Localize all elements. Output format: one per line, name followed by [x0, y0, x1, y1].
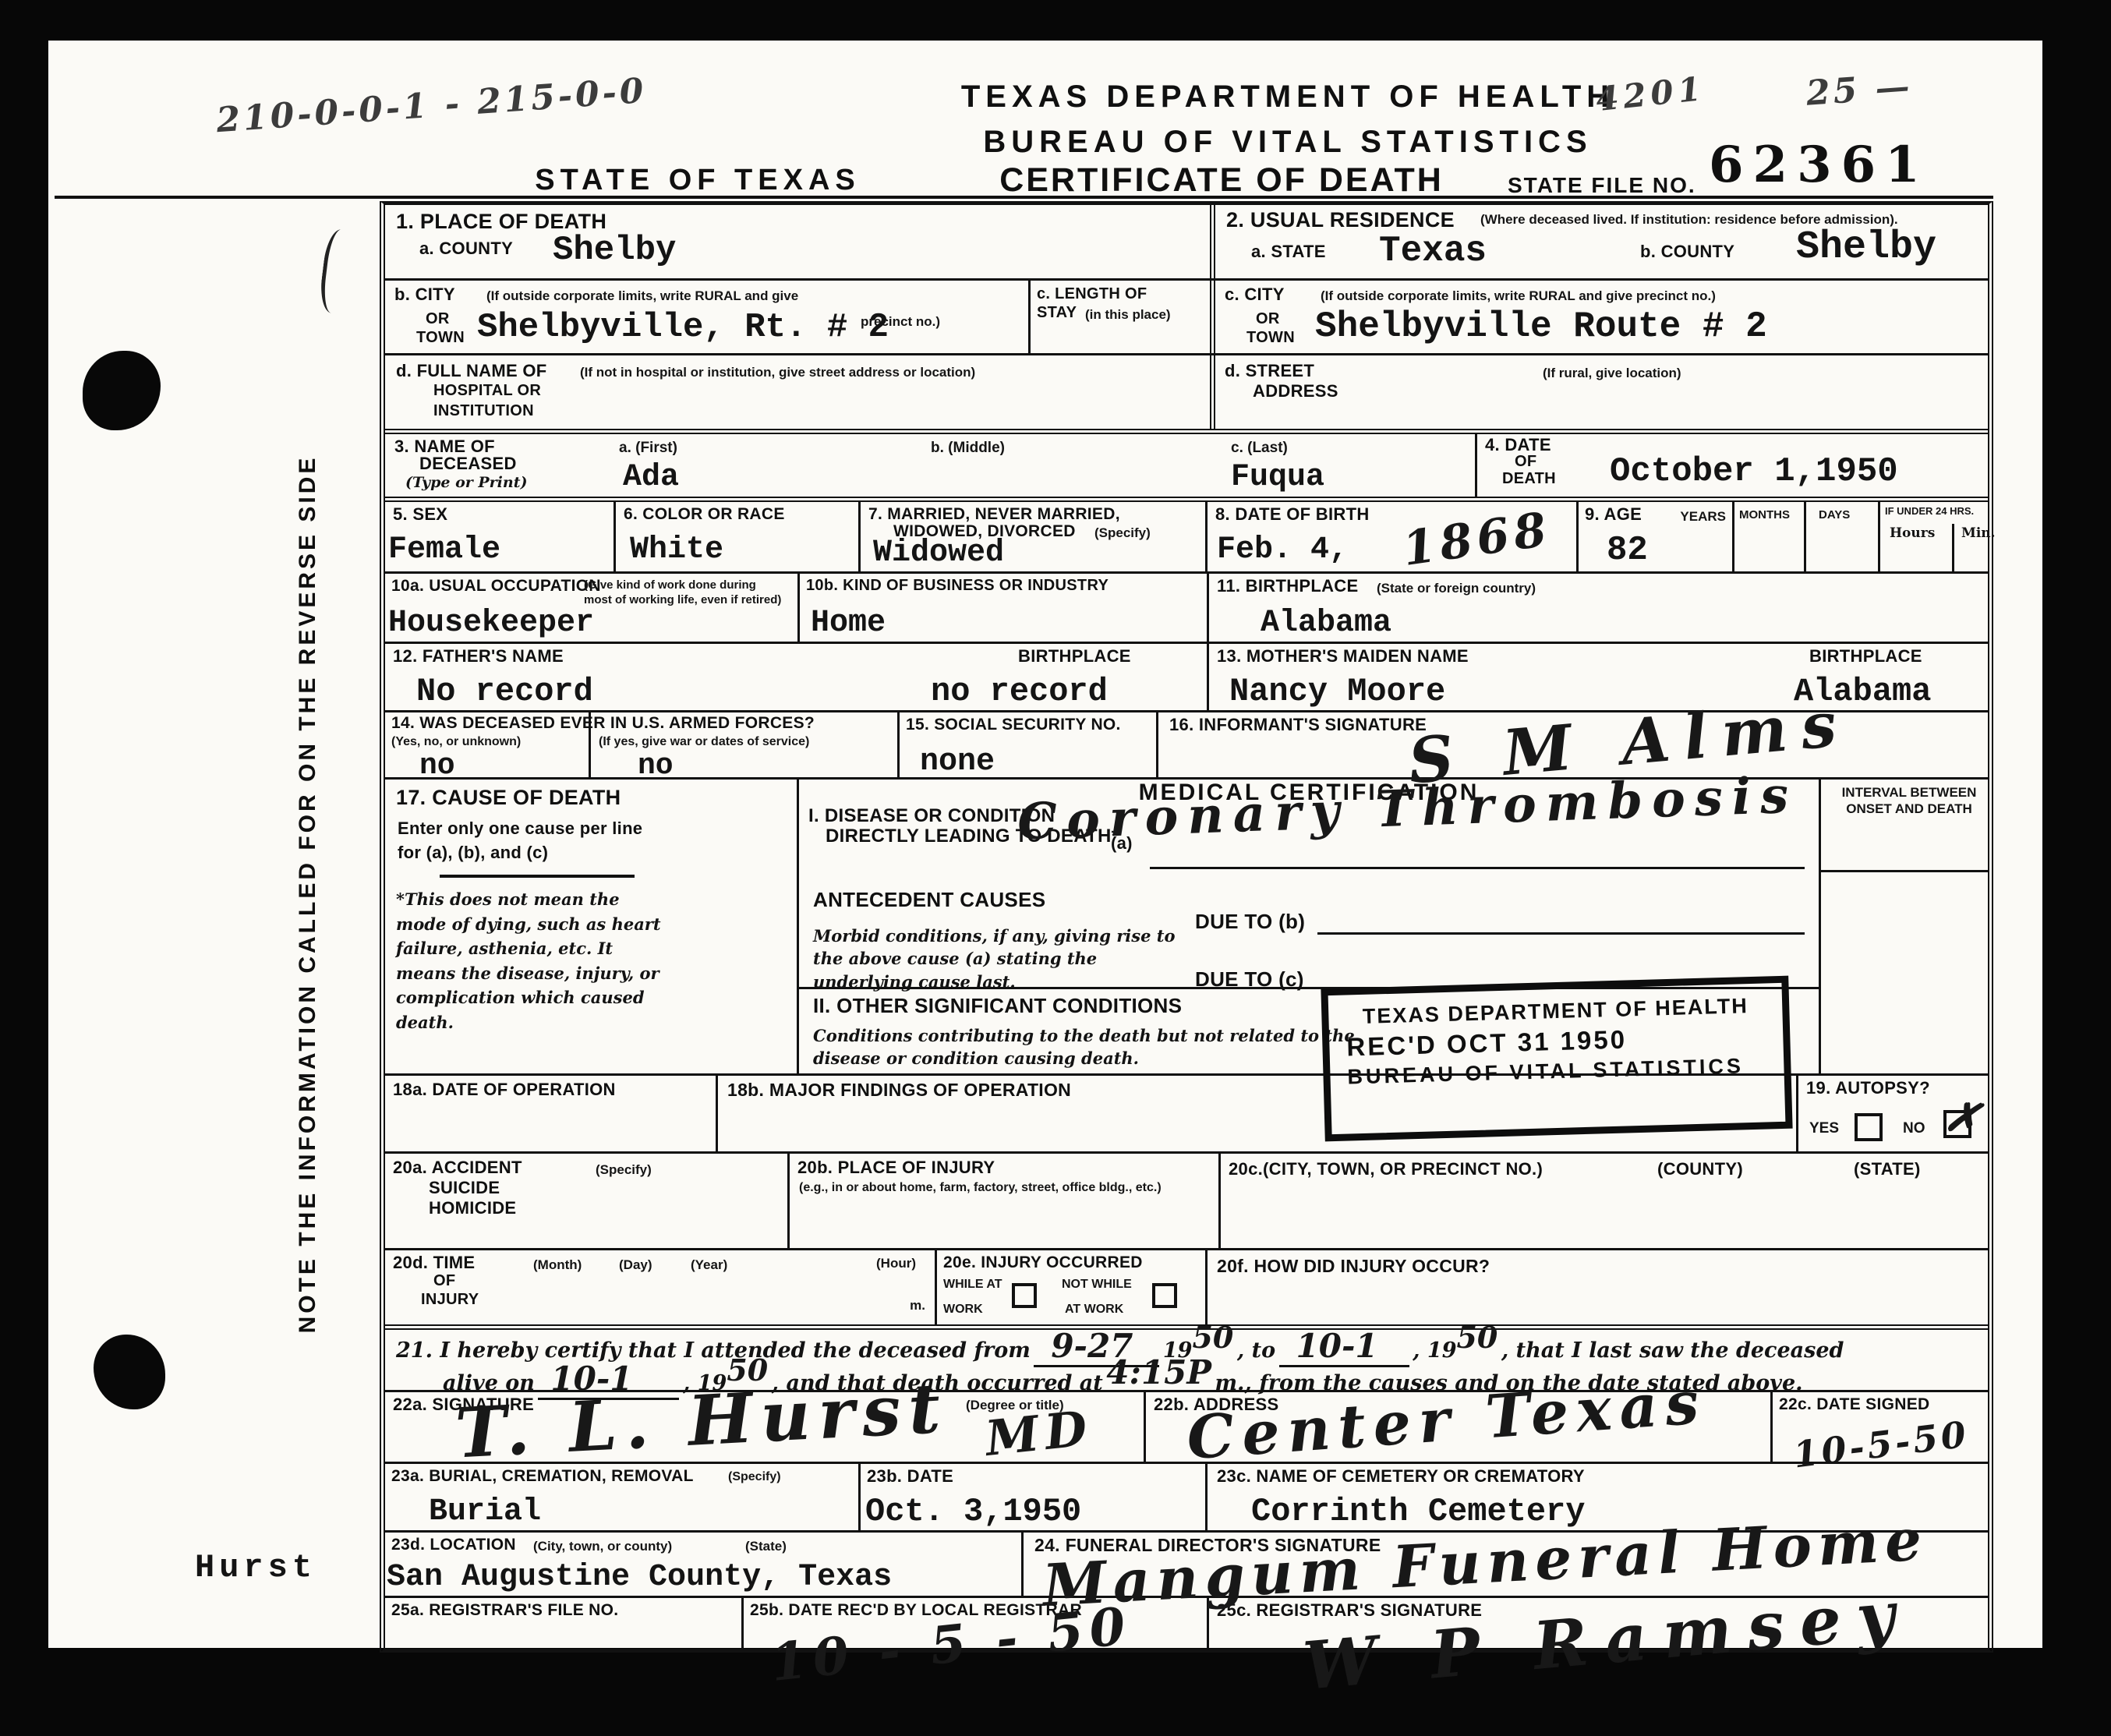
marital-note: (Specify): [1094, 525, 1151, 541]
while-at-work-label1: WHILE AT: [943, 1277, 1002, 1292]
injury-county-label: (COUNTY): [1657, 1160, 1743, 1179]
cemetery-label: 23c. NAME OF CEMETERY OR CREMATORY: [1217, 1467, 1585, 1487]
field-age: 9. AGE YEARS 82: [1576, 502, 1732, 571]
birthplace-note: (State or foreign country): [1377, 580, 1536, 596]
field-age-under24: IF UNDER 24 HRS. Hours Min.: [1878, 502, 1988, 571]
how-injury-label: 20f. HOW DID INJURY OCCUR?: [1217, 1257, 1490, 1277]
other-conditions-note: Conditions contributing to the death but…: [813, 1024, 1374, 1070]
field-autopsy: 19. AUTOPSY? YES NO ✗: [1796, 1076, 1988, 1151]
mother-label: 13. MOTHER'S MAIDEN NAME: [1217, 647, 1469, 666]
street-note: (If rural, give location): [1543, 365, 1681, 381]
hospital-label: d. FULL NAME OF: [396, 362, 547, 381]
cause-label: 17. CAUSE OF DEATH: [396, 786, 621, 809]
autopsy-yes-checkbox: [1855, 1113, 1883, 1141]
state-label: a. STATE: [1251, 242, 1326, 262]
dob-label: 8. DATE OF BIRTH: [1215, 505, 1370, 525]
field-name-of-deceased: 3. NAME OF DECEASED (Type or Print) a. (…: [385, 434, 1475, 497]
field-date-of-birth: 8. DATE OF BIRTH Feb. 4, 1868: [1205, 502, 1576, 571]
cause-divider: [440, 875, 635, 878]
dob-written: 1868: [1400, 506, 1554, 573]
field-birthplace: 11. BIRTHPLACE (State or foreign country…: [1207, 574, 1988, 642]
certify-t1: 21. I hereby certify that I attended the…: [396, 1338, 1031, 1363]
certify-t5: , that I last saw the deceased: [1501, 1338, 1844, 1363]
cause-note1: Enter only one cause per line for (a), (…: [398, 817, 663, 865]
while-at-work-label2: WORK: [943, 1302, 983, 1317]
injury-m-label: m.: [910, 1297, 925, 1313]
residence-county-value: Shelby: [1796, 228, 1936, 267]
cause-note2: *This does not mean the mode of dying, s…: [396, 887, 669, 1034]
not-while-label1: NOT WHILE: [1062, 1277, 1132, 1292]
time-of-injury-label2: OF: [433, 1272, 455, 1289]
time-of-injury-label1: 20d. TIME: [393, 1253, 475, 1273]
state-value: Texas: [1379, 233, 1487, 269]
field-industry: 10b. KIND OF BUSINESS OR INDUSTRY Home: [797, 574, 1207, 642]
age-days-header: DAYS: [1819, 508, 1850, 523]
hospital-label2: HOSPITAL OR: [433, 382, 541, 399]
marital-label1: 7. MARRIED, NEVER MARRIED,: [868, 505, 1120, 524]
field-date-of-operation: 18a. DATE OF OPERATION: [385, 1076, 716, 1151]
location-value: San Augustine County, Texas: [387, 1562, 892, 1593]
age-under24-divider: [1952, 524, 1954, 571]
certify-v7: 4:15P: [1106, 1353, 1211, 1391]
mother-birthplace-header: BIRTHPLACE: [1809, 647, 1922, 666]
dod-label: 4. DATE: [1485, 436, 1551, 455]
certify-v2: 50: [1192, 1320, 1233, 1355]
age-min-header: Min.: [1961, 524, 1996, 544]
age-under24-header: IF UNDER 24 HRS.: [1885, 505, 1974, 518]
birthplace-value: Alabama: [1261, 608, 1391, 639]
residence-city-label: c. CITY: [1225, 285, 1285, 305]
death-city-note-a: (If outside corporate limits, write RURA…: [486, 288, 798, 304]
not-while-label2: AT WORK: [1065, 1302, 1123, 1317]
hospital-label3: INSTITUTION: [433, 402, 534, 419]
certify-t3: , to: [1237, 1338, 1275, 1363]
death-city-or: OR: [426, 310, 450, 327]
place-of-death-label: 1. PLACE OF DEATH: [396, 210, 606, 233]
field-usual-residence: 2. USUAL RESIDENCE (Where deceased lived…: [1210, 205, 1988, 278]
field-burial: 23a. BURIAL, CREMATION, REMOVAL (Specify…: [385, 1464, 858, 1530]
injury-occurred-label: 20e. INJURY OCCURRED: [943, 1253, 1143, 1272]
occupation-value: Housekeeper: [388, 608, 594, 639]
form-row: 3. NAME OF DECEASED (Type or Print) a. (…: [385, 429, 1988, 497]
father-name-value: No record: [416, 675, 593, 708]
length-of-stay-label2: STAY: [1037, 304, 1077, 321]
file-no-value: 62361: [1709, 136, 1929, 194]
cemetery-value: Corrinth Cemetery: [1251, 1495, 1585, 1528]
certificate-title: CERTIFICATE OF DEATH: [964, 161, 1479, 199]
hospital-note: (If not in hospital or institution, give…: [580, 364, 975, 380]
interval-label: INTERVAL BETWEEN ONSET AND DEATH: [1827, 784, 1991, 818]
dod-label2: OF: [1515, 453, 1536, 470]
field-mother: 13. MOTHER'S MAIDEN NAME BIRTHPLACE Nanc…: [1207, 644, 1988, 710]
field-certification-statement: 21. I hereby certify that I attended the…: [385, 1330, 1988, 1390]
age-years-header: YEARS: [1680, 508, 1726, 525]
other-conditions-label: II. OTHER SIGNIFICANT CONDITIONS: [813, 995, 1182, 1017]
county-label: a. COUNTY: [419, 239, 513, 259]
field-injury-location: 20c.(CITY, TOWN, OR PRECINCT NO.) (COUNT…: [1218, 1154, 1988, 1248]
field-age-months: MONTHS: [1732, 502, 1804, 571]
form-row: 14. WAS DECEASED EVER IN U.S. ARMED FORC…: [385, 710, 1988, 777]
death-city-value: Shelbyville, Rt. # 2: [477, 310, 889, 345]
field-death-city: b. CITY (If outside corporate limits, wr…: [385, 281, 1028, 353]
field-date-of-death: 4. DATE OF DEATH October 1,1950: [1475, 434, 1988, 497]
autopsy-no-mark: ✗: [1942, 1094, 1982, 1140]
not-while-checkbox: [1152, 1283, 1177, 1308]
field-physician-signature: 22a. SIGNATURE T. L. Hurst (Degree or ti…: [385, 1392, 1144, 1462]
form-row: 22a. SIGNATURE T. L. Hurst (Degree or ti…: [385, 1390, 1988, 1462]
field-informant: 16. INFORMANT'S SIGNATURE S M Alms: [1156, 712, 1988, 777]
autopsy-yes-label: YES: [1809, 1119, 1839, 1138]
field-father: 12. FATHER'S NAME BIRTHPLACE No record n…: [385, 644, 1207, 710]
field-injury-occurred: 20e. INJURY OCCURRED WHILE AT WORK NOT W…: [935, 1250, 1205, 1324]
burial-date-label: 23b. DATE: [867, 1467, 953, 1487]
autopsy-no-label: NO: [1903, 1119, 1925, 1138]
injury-day-header: (Day): [619, 1257, 652, 1273]
bureau-title: BUREAU OF VITAL STATISTICS: [832, 125, 1744, 160]
armed-forces-note1: (Yes, no, or unknown): [391, 734, 521, 750]
reverse-side-note: NOTE THE INFORMATION CALLED FOR ON THE R…: [296, 387, 320, 1401]
injury-hour-header: (Hour): [876, 1255, 916, 1271]
usual-residence-label: 2. USUAL RESIDENCE: [1226, 208, 1455, 232]
accident-label3: HOMICIDE: [429, 1199, 516, 1218]
pencil-code: 210-0-0-1 - 215-0-0: [215, 74, 648, 138]
field-burial-location: 23d. LOCATION (City, town, or county) (S…: [385, 1533, 1021, 1596]
form-row: d. FULL NAME OF (If not in hospital or i…: [385, 353, 1988, 429]
marital-value: Widowed: [873, 538, 1004, 569]
ssn-value: none: [920, 747, 995, 778]
occupation-label: 10a. USUAL OCCUPATION: [391, 577, 601, 596]
while-at-work-checkbox: [1012, 1283, 1037, 1308]
age-months-header: MONTHS: [1739, 508, 1790, 523]
age-years-value: 82: [1607, 533, 1648, 567]
date-of-operation-label: 18a. DATE OF OPERATION: [393, 1080, 616, 1100]
dod-label3: DEATH: [1502, 470, 1556, 487]
time-of-injury-label3: INJURY: [421, 1291, 479, 1308]
field-how-injury-occurred: 20f. HOW DID INJURY OCCUR?: [1205, 1250, 1988, 1324]
margin-surname: Hurst: [195, 1551, 316, 1584]
father-birthplace-header: BIRTHPLACE: [1018, 647, 1131, 666]
certify-v3: 10-1: [1279, 1327, 1409, 1367]
field-cause-of-death-notes: 17. CAUSE OF DEATH Enter only one cause …: [385, 780, 797, 1073]
location-label: 23d. LOCATION: [391, 1536, 516, 1554]
field-street-address: d. STREET ADDRESS (If rural, give locati…: [1210, 355, 1988, 429]
burial-note: (Specify): [728, 1469, 781, 1485]
autopsy-label: 19. AUTOPSY?: [1806, 1079, 1930, 1098]
age-hours-header: Hours: [1890, 524, 1935, 544]
accident-label2: SUICIDE: [429, 1179, 500, 1198]
field-hospital-name: d. FULL NAME OF (If not in hospital or i…: [385, 355, 1210, 429]
length-of-stay-label: c. LENGTH OF: [1037, 285, 1147, 302]
informant-label: 16. INFORMANT'S SIGNATURE: [1169, 716, 1427, 735]
state-of-texas: STATE OF TEXAS: [522, 164, 873, 197]
last-name-value: Fuqua: [1231, 462, 1324, 493]
received-stamp: TEXAS DEPARTMENT OF HEALTH REC'D OCT 31 …: [1321, 976, 1792, 1142]
death-city-town: TOWN: [416, 329, 465, 346]
injury-year-header: (Year): [691, 1257, 727, 1273]
field-armed-forces-a: 14. WAS DECEASED EVER IN U.S. ARMED FORC…: [385, 712, 589, 777]
accident-note: (Specify): [596, 1161, 652, 1178]
registrar-file-label: 25a. REGISTRAR'S FILE NO.: [391, 1601, 618, 1620]
pencil-fee: 25 —: [1805, 69, 1914, 111]
burial-date-value: Oct. 3,1950: [865, 1495, 1081, 1528]
industry-value: Home: [811, 608, 886, 639]
armed-forces-note2: (If yes, give war or dates of service): [599, 734, 809, 750]
field-marital-status: 7. MARRIED, NEVER MARRIED, WIDOWED, DIVO…: [858, 502, 1205, 571]
field-length-of-stay: c. LENGTH OF STAY (in this place): [1028, 281, 1210, 353]
dob-typed: Feb. 4,: [1217, 535, 1348, 566]
location-note1: (City, town, or county): [533, 1538, 672, 1554]
degree-value: MD: [983, 1404, 1095, 1463]
antecedent-label: ANTECEDENT CAUSES: [813, 889, 1045, 911]
form-row: 10a. USUAL OCCUPATION (Give kind of work…: [385, 571, 1988, 642]
punch-hole-top: [83, 351, 161, 430]
field-sex: 5. SEX Female: [385, 502, 613, 571]
field-time-of-injury: 20d. TIME OF INJURY (Month) (Day) (Year)…: [385, 1250, 935, 1324]
first-name-value: Ada: [623, 462, 679, 493]
pen-mark: [318, 228, 355, 314]
burial-label: 23a. BURIAL, CREMATION, REMOVAL: [391, 1467, 694, 1486]
field-color-race: 6. COLOR OR RACE White: [613, 502, 858, 571]
field-interval: INTERVAL BETWEEN ONSET AND DEATH: [1819, 780, 1988, 1073]
residence-county-label: b. COUNTY: [1640, 242, 1734, 262]
form-row: 1. PLACE OF DEATH a. COUNTY Shelby 2. US…: [385, 205, 1988, 278]
certificate-page: NOTE THE INFORMATION CALLED FOR ON THE R…: [48, 41, 2042, 1648]
residence-city-or: OR: [1256, 310, 1280, 327]
color-race-label: 6. COLOR OR RACE: [624, 505, 785, 524]
mother-name-value: Nancy Moore: [1229, 675, 1445, 708]
burial-value: Burial: [429, 1497, 541, 1528]
injury-month-header: (Month): [533, 1257, 582, 1273]
length-of-stay-note: (in this place): [1085, 306, 1171, 323]
due-to-b-underline: [1317, 932, 1805, 935]
middle-name-header: b. (Middle): [931, 439, 1005, 458]
field-age-days: DAYS: [1804, 502, 1878, 571]
street-label: d. STREET: [1225, 362, 1314, 381]
field-place-of-death: 1. PLACE OF DEATH a. COUNTY Shelby: [385, 205, 1210, 278]
residence-city-value: Shelbyville Route # 2: [1315, 309, 1767, 345]
father-birthplace-value: no record: [931, 675, 1108, 708]
form-row: 20d. TIME OF INJURY (Month) (Day) (Year)…: [385, 1248, 1988, 1324]
field-burial-date: 23b. DATE Oct. 3,1950: [858, 1464, 1205, 1530]
form-row: 23d. LOCATION (City, town, or county) (S…: [385, 1530, 1988, 1596]
sex-value: Female: [388, 535, 500, 566]
certify-v4: 50: [1456, 1320, 1498, 1355]
certificate-form: 1. PLACE OF DEATH a. COUNTY Shelby 2. US…: [380, 201, 1993, 1653]
field-place-of-injury: 20b. PLACE OF INJURY (e.g., in or about …: [787, 1154, 1218, 1248]
name-label3: (Type or Print): [405, 475, 527, 491]
industry-label: 10b. KIND OF BUSINESS OR INDUSTRY: [806, 577, 1109, 594]
field-residence-city: c. CITY (If outside corporate limits, wr…: [1210, 281, 1988, 353]
file-no-label: STATE FILE NO.: [1508, 173, 1696, 197]
field-accident-suicide-homicide: 20a. ACCIDENT SUICIDE HOMICIDE (Specify): [385, 1154, 787, 1248]
first-name-header: a. (First): [619, 439, 677, 458]
injury-city-label: 20c.(CITY, TOWN, OR PRECINCT NO.): [1229, 1160, 1543, 1179]
occupation-note: (Give kind of work done during most of w…: [584, 578, 787, 608]
age-label: 9. AGE: [1585, 505, 1642, 525]
major-findings-label: 18b. MAJOR FINDINGS OF OPERATION: [727, 1080, 1071, 1101]
father-label: 12. FATHER'S NAME: [393, 647, 564, 666]
birthplace-label: 11. BIRTHPLACE: [1217, 577, 1358, 596]
ssn-label: 15. SOCIAL SECURITY NO.: [906, 716, 1121, 734]
form-row: b. CITY (If outside corporate limits, wr…: [385, 278, 1988, 353]
place-of-injury-label: 20b. PLACE OF INJURY: [797, 1158, 995, 1178]
injury-state-label: (STATE): [1854, 1160, 1921, 1179]
morbid-note: Morbid conditions, if any, giving rise t…: [813, 925, 1179, 993]
disease-a-underline: [1150, 867, 1805, 869]
field-physician-address: 22b. ADDRESS Center Texas: [1144, 1392, 1770, 1462]
armed-forces-label: 14. WAS DECEASED EVER IN U.S. ARMED FORC…: [391, 714, 815, 733]
name-label2: DECEASED: [419, 454, 517, 474]
street-label2: ADDRESS: [1253, 382, 1338, 401]
field-ssn: 15. SOCIAL SECURITY NO. none: [897, 712, 1156, 777]
death-city-label: b. CITY: [394, 285, 455, 305]
certify-t4: , 19: [1413, 1338, 1456, 1363]
field-date-signed: 22c. DATE SIGNED 10-5-50: [1770, 1392, 1988, 1462]
field-registrar-file-no: 25a. REGISTRAR'S FILE NO.: [385, 1598, 741, 1649]
county-value: Shelby: [553, 233, 676, 267]
form-row: 5. SEX Female 6. COLOR OR RACE White 7. …: [385, 497, 1988, 571]
header-rule: [55, 196, 1993, 199]
form-row: 21. I hereby certify that I attended the…: [385, 1324, 1988, 1390]
interval-divider: [1821, 870, 1988, 872]
due-to-b-label: DUE TO (b): [1195, 910, 1305, 933]
field-registrar-signature: 25c. REGISTRAR'S SIGNATURE W P Ramsey: [1207, 1598, 1988, 1649]
place-of-injury-note: (e.g., in or about home, farm, factory, …: [799, 1180, 1173, 1196]
color-race-value: White: [630, 535, 723, 566]
dod-value: October 1,1950: [1610, 454, 1898, 489]
residence-city-note: (If outside corporate limits, write RURA…: [1321, 288, 1716, 304]
last-name-header: c. (Last): [1231, 439, 1288, 458]
sex-label: 5. SEX: [393, 505, 447, 525]
location-note2: (State): [745, 1538, 787, 1554]
scanned-death-certificate: { "header": { "pencil_code": "210-0-0-1 …: [0, 0, 2111, 1736]
field-occupation: 10a. USUAL OCCUPATION (Give kind of work…: [385, 574, 797, 642]
date-signed-label: 22c. DATE SIGNED: [1779, 1395, 1929, 1414]
residence-city-town: TOWN: [1246, 329, 1295, 346]
form-row: 20a. ACCIDENT SUICIDE HOMICIDE (Specify)…: [385, 1151, 1988, 1248]
punch-hole-bottom: [94, 1335, 165, 1409]
accident-label1: 20a. ACCIDENT: [393, 1158, 522, 1178]
